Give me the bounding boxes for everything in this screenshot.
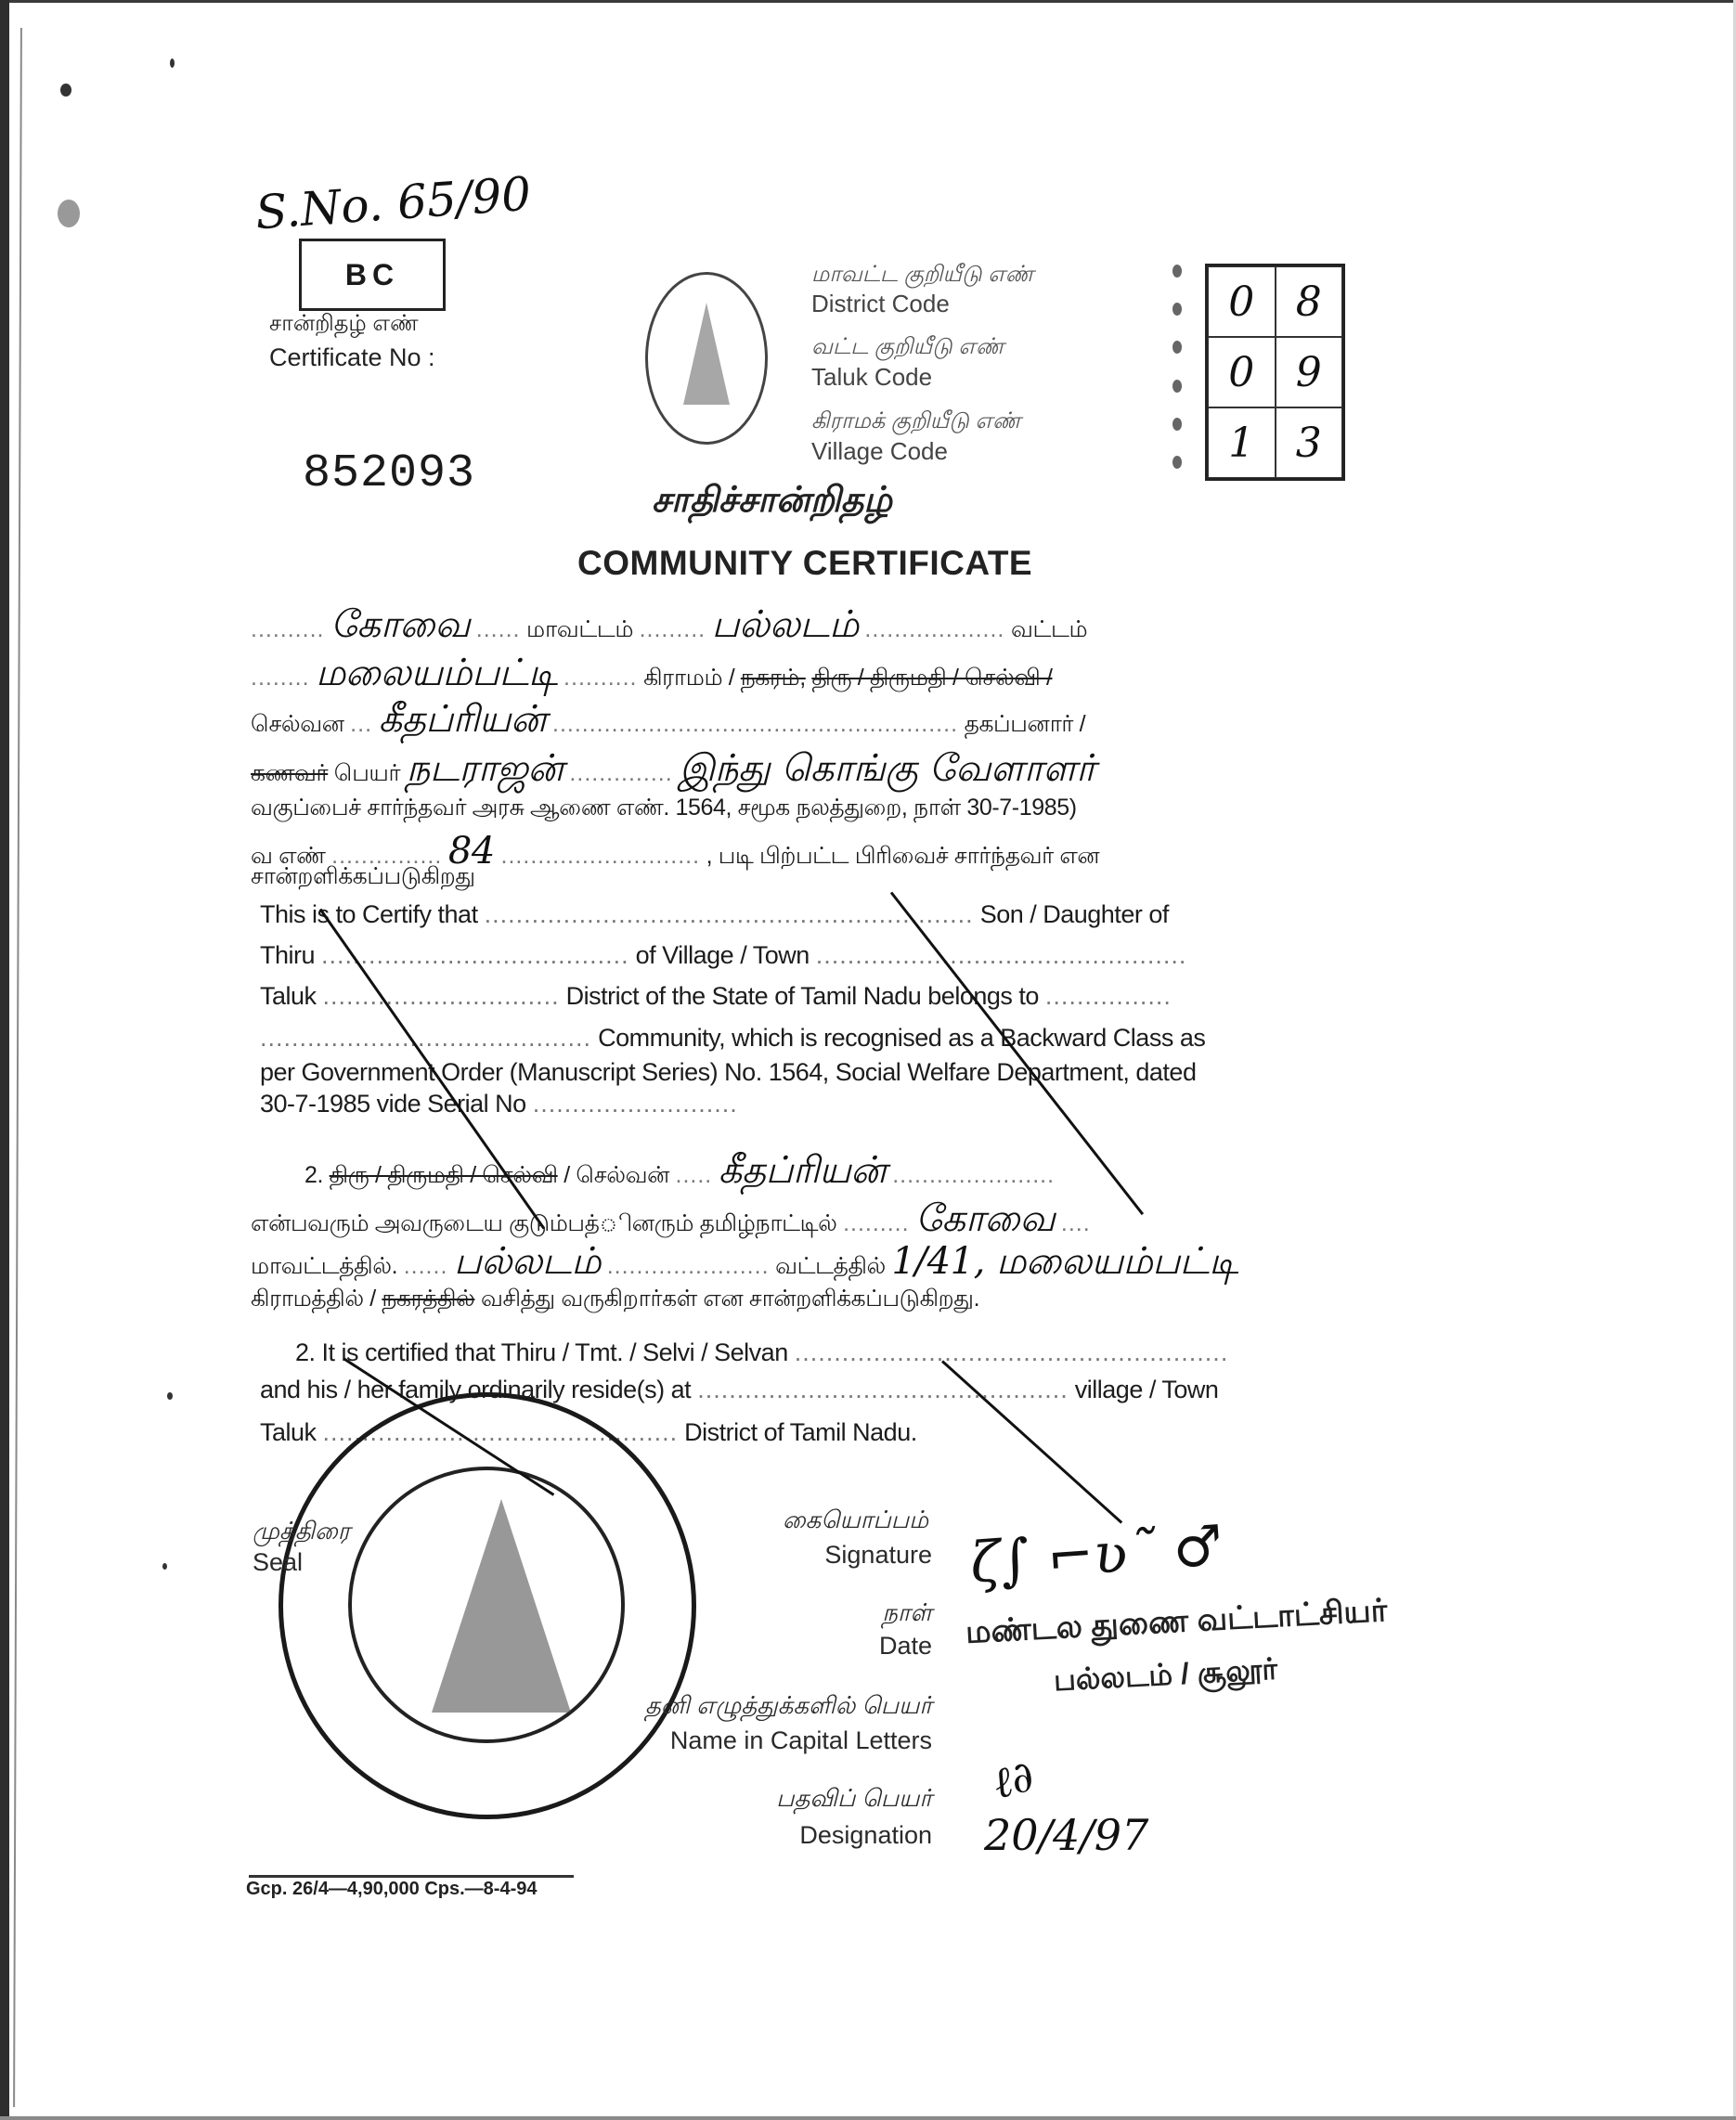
- serial-number-handwritten: S.No. 65/90: [253, 167, 533, 240]
- taluk-code-digit: 0: [1208, 337, 1276, 407]
- tamil-father-line: கணவர் பெயர் நடராஜன் .............. இந்து…: [251, 747, 1337, 795]
- scan-speck: [60, 84, 71, 97]
- english-line-1: This is to Certify that ................…: [260, 900, 1169, 929]
- scan-page-edge: [13, 28, 22, 2107]
- date-label-tamil: நாள்: [882, 1598, 932, 1630]
- signature-label: Signature: [824, 1541, 932, 1570]
- state-emblem-icon: [645, 272, 768, 445]
- district-code-digit: 8: [1276, 266, 1343, 337]
- certificate-no-label-tamil: சான்றிதழ் எண்: [269, 311, 419, 339]
- serial-no-label: 30-7-1985 vide Serial No: [260, 1090, 526, 1118]
- taluk-label: வட்டத்தில்: [775, 1253, 886, 1279]
- signed-date: 20/4/97: [984, 1810, 1148, 1860]
- village-code-digit: 3: [1276, 407, 1343, 478]
- district-code-digit: 0: [1208, 266, 1276, 337]
- village-town-label: village / Town: [1075, 1376, 1219, 1403]
- taluk-code-label: Taluk Code: [811, 363, 932, 392]
- selvan-label: செல்வன: [251, 711, 344, 737]
- residence-taluk-line: மாவட்டத்தில். ...... பல்லடம் ...........…: [251, 1240, 1337, 1287]
- official-seal-stamp: [279, 1392, 696, 1819]
- print-info: Gcp. 26/4—4,90,000 Cps.—8-4-94: [246, 1879, 538, 1900]
- scan-speck: [58, 200, 80, 227]
- village-label: கிராமத்தில் /: [251, 1286, 376, 1312]
- officer-designation-stamp: மண்டல துணை வட்டாட்சியர்: [965, 1593, 1388, 1655]
- english-line-6: 30-7-1985 vide Serial No ...............…: [260, 1090, 738, 1118]
- community-text: Community, which is recognised as a Back…: [598, 1024, 1205, 1052]
- certificate-number: 852093: [303, 447, 475, 500]
- residence-village-line: கிராமத்தில் / நகரத்தில் வசித்து வருகிறார…: [251, 1286, 1337, 1315]
- person-name: கீதப்ரியன்: [379, 698, 547, 741]
- seal-label-tamil: முத்திரை: [253, 1517, 350, 1548]
- district-tn-label: District of Tamil Nadu.: [684, 1418, 917, 1446]
- village-value: மலையம்பட்டி: [316, 652, 557, 694]
- designation-label: Designation: [799, 1821, 932, 1850]
- title-strike: திரு / திருமதி / செல்வி: [330, 1162, 558, 1188]
- tamil-district-line: .......... கோவை ...... மாவட்டம் ........…: [251, 603, 1337, 651]
- date-label: Date: [879, 1632, 932, 1661]
- selvan-label: / செல்வன்: [564, 1162, 669, 1188]
- tamil-go-line: வகுப்பைச் சார்ந்தவர் அரசு ஆணை எண். 1564,…: [251, 795, 1337, 824]
- certified-text: 2. It is certified that Thiru / Tmt. / S…: [295, 1338, 788, 1366]
- town-strike: நகரத்தில்: [382, 1286, 474, 1312]
- father-label: தகப்பனார் /: [965, 711, 1086, 737]
- district-code-label-tamil: மாவட்ட குறியீடு எண்: [811, 262, 1033, 290]
- residence-english-line-1: 2. It is certified that Thiru / Tmt. / S…: [295, 1338, 1228, 1367]
- resident-taluk: பல்லடம்: [454, 1240, 601, 1283]
- scan-frame-top: [0, 0, 1736, 3]
- father-name: நடராஜன்: [407, 747, 564, 790]
- tamil-name-line: செல்வன ... கீதப்ரியன் ..................…: [251, 698, 1337, 745]
- officer-signature: ζ∫ ⌐ʋ˜ ♂: [968, 1514, 1225, 1596]
- taluk-label: Taluk: [260, 1418, 317, 1446]
- scan-frame-left: [0, 0, 9, 2120]
- taluk-label: Taluk: [260, 982, 317, 1010]
- residence-name-line: 2. திரு / திருமதி / செல்வி / செல்வன் ...…: [304, 1149, 1337, 1196]
- district-value: கோவை: [330, 603, 470, 646]
- taluk-value: பல்லடம்: [712, 603, 859, 646]
- officer-initials: ℓ∂: [988, 1750, 1039, 1808]
- village-code-digit: 1: [1208, 407, 1276, 478]
- residence-state-line: என்பவரும் அவருடைய குடும்பத்ினரும் தமிழ்ந…: [251, 1197, 1337, 1245]
- taluk-code-label-tamil: வட்ட குறியீடு எண்: [811, 334, 1004, 362]
- temple-tower-icon: [432, 1499, 571, 1713]
- english-line-3: Taluk .............................. Dis…: [260, 982, 1172, 1011]
- district-label: மாவட்டத்தில்.: [251, 1253, 397, 1279]
- taluk-label: வட்டம்: [1011, 616, 1087, 642]
- signature-label-tamil: கையொப்பம்: [783, 1506, 928, 1537]
- category-box: BC: [299, 239, 446, 311]
- thiru-label: Thiru: [260, 941, 315, 969]
- family-text: என்பவரும் அவருடைய குடும்பத்ினரும் தமிழ்ந…: [251, 1210, 837, 1236]
- community-value: இந்து கொங்கு வேளாளர்: [679, 747, 1095, 790]
- taluk-code-digit: 9: [1276, 337, 1343, 407]
- category-label: BC: [345, 258, 399, 292]
- code-colon-markers: [1172, 265, 1185, 469]
- certificate-no-label: Certificate No :: [269, 343, 435, 372]
- code-grid: 0 8 0 9 1 3: [1205, 264, 1345, 481]
- residing-text: வசித்து வருகிறார்கள் என சான்றளிக்கப்படுக…: [481, 1286, 979, 1312]
- village-label: கிராமம் /: [643, 665, 734, 691]
- resident-name: கீதப்ரியன்: [719, 1149, 887, 1192]
- scan-speck: [167, 1392, 173, 1400]
- husband-label: கணவர்: [251, 760, 328, 786]
- district-state-label: District of the State of Tamil Nadu belo…: [566, 982, 1039, 1010]
- page-title: COMMUNITY CERTIFICATE: [577, 544, 1032, 583]
- clause-number: 2.: [304, 1162, 323, 1188]
- district-code-label: District Code: [811, 290, 950, 318]
- footer-rule: [249, 1875, 574, 1878]
- resident-district: கோவை: [915, 1197, 1055, 1240]
- village-strike: நகரம்,: [741, 665, 806, 691]
- seal-label: Seal: [253, 1548, 303, 1577]
- certify-text: This is to Certify that: [260, 900, 478, 928]
- tamil-certified-line: சான்றளிக்கப்படுகிறது: [251, 863, 1337, 893]
- title-tamil: சாதிச்சான்றிதழ்: [652, 481, 892, 525]
- residence-english-line-2: and his / her family ordinarily reside(s…: [260, 1376, 1218, 1404]
- village-code-label: Village Code: [811, 437, 948, 466]
- temple-tower-icon: [683, 303, 730, 405]
- english-line-2: Thiru ..................................…: [260, 941, 1186, 970]
- son-daughter-label: Son / Daughter of: [980, 900, 1169, 928]
- scan-frame-bottom: [0, 2116, 1736, 2120]
- tamil-village-line: ........ மலையம்பட்டி .......... கிராமம் …: [251, 652, 1337, 699]
- english-line-5: per Government Order (Manuscript Series)…: [260, 1058, 1196, 1087]
- resident-address: 1/41, மலையம்பட்டி: [891, 1240, 1237, 1283]
- name-capitals-label-tamil: தனி எழுத்துக்களில் பெயர்: [645, 1691, 932, 1723]
- name-label: பெயர்: [334, 760, 400, 786]
- name-capitals-label: Name in Capital Letters: [670, 1726, 932, 1755]
- scan-speck: [162, 1563, 167, 1570]
- district-label: மாவட்டம்: [526, 616, 633, 642]
- designation-label-tamil: பதவிப் பெயர்: [776, 1784, 932, 1816]
- title-strike: திரு / திருமதி / செல்வி /: [811, 665, 1052, 691]
- village-code-label-tamil: கிராமக் குறியீடு எண்: [811, 408, 1021, 436]
- officer-place-stamp: பல்லடம் / சூலூர்: [1053, 1652, 1278, 1702]
- scan-speck: [170, 58, 175, 68]
- village-town-label: of Village / Town: [636, 941, 810, 969]
